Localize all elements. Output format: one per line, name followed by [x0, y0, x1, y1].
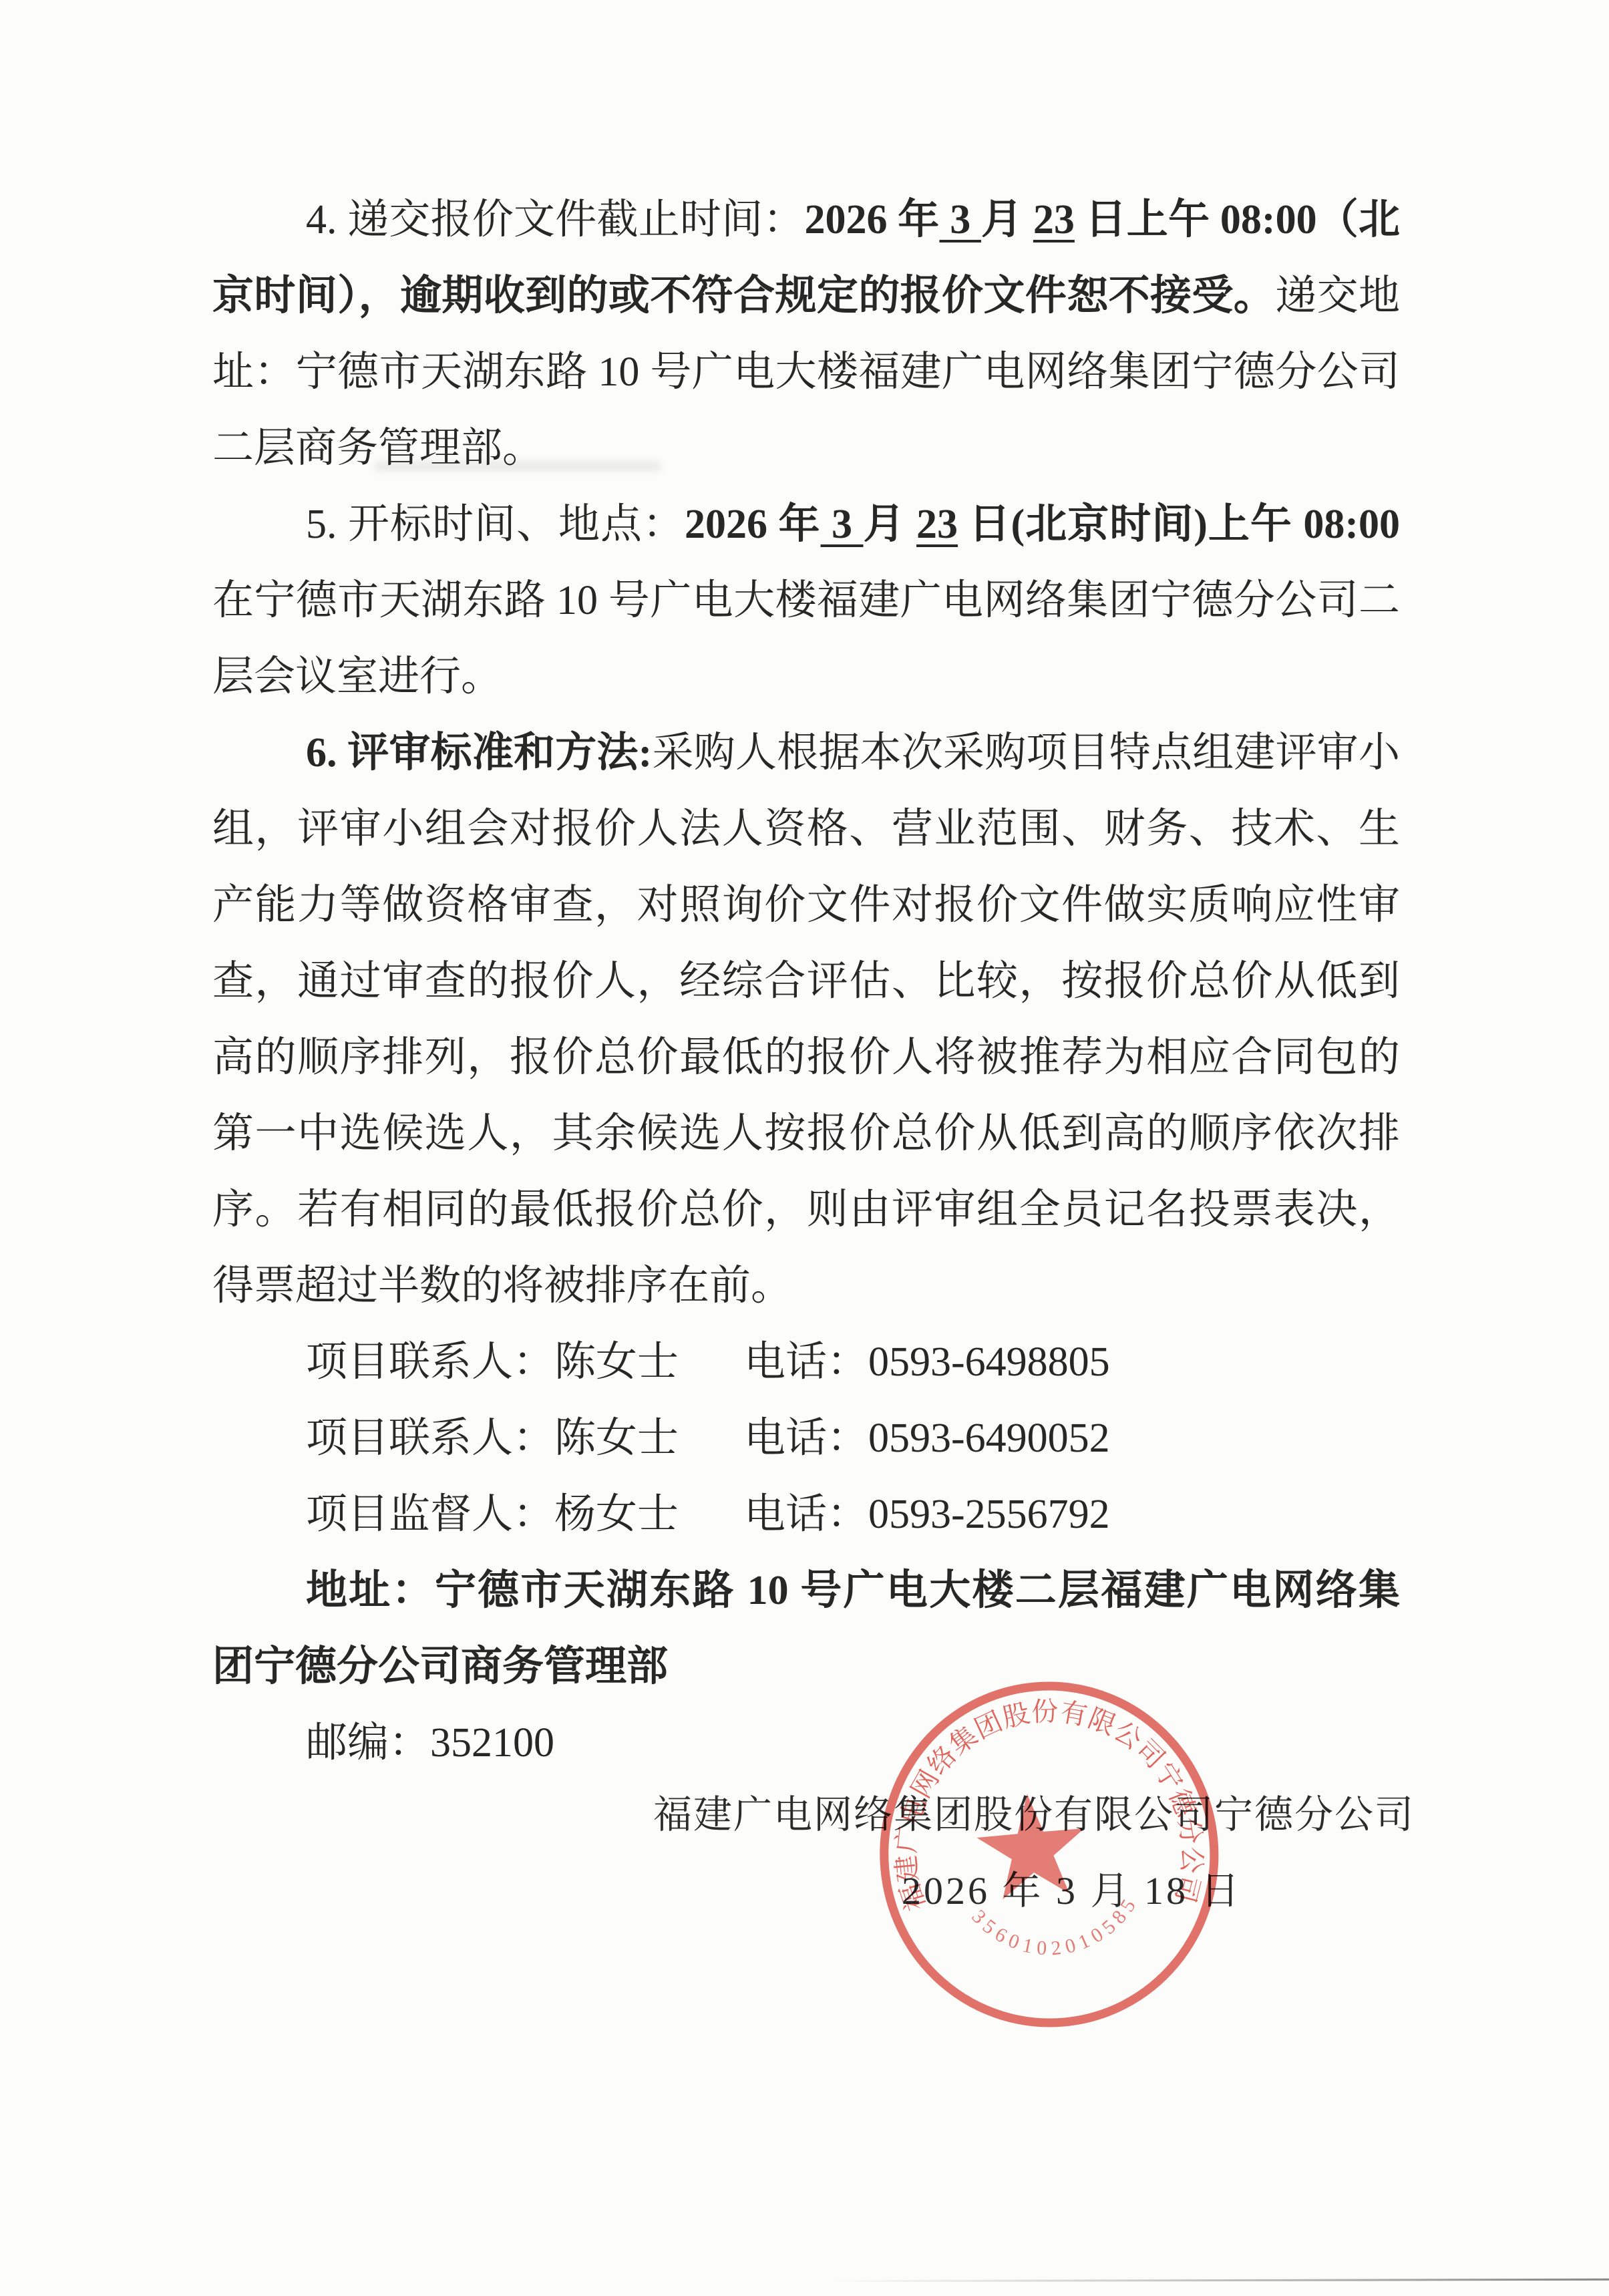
contact-phone: 电话：0593-2556792: [744, 1476, 1110, 1552]
paragraph-item-6: 6. 评审标准和方法:采购人根据本次采购项目特点组建评审小组，评审小组会对报价人…: [212, 715, 1400, 1324]
item6-label: 6. 评审标准和方法:: [306, 730, 652, 776]
item4-label: 4. 递交报价文件截止时间：: [306, 197, 805, 242]
seal-ring-text: 福建广电网络集团股份有限公司宁德分公司: [878, 1683, 1212, 1933]
paragraph-item-5: 5. 开标时间、地点：2026 年 3 月 23 日(北京时间)上午 08:00…: [212, 486, 1400, 715]
item5-month-char: 月: [864, 502, 917, 547]
document-body: 4. 递交报价文件截止时间：2026 年 3 月 23 日上午 08:00（北京…: [212, 182, 1400, 1781]
contact-phone: 电话：0593-6498805: [744, 1324, 1110, 1400]
item5-year: 2026 年: [685, 502, 821, 547]
address-paragraph: 地址：宁德市天湖东路 10 号广电大楼二层福建广电网络集团宁德分公司商务管理部: [212, 1552, 1400, 1705]
document-page: 4. 递交报价文件截止时间：2026 年 3 月 23 日上午 08:00（北京…: [0, 0, 1609, 2296]
item4-month-char: 月: [981, 197, 1033, 242]
item5-day-underlined: 23: [916, 502, 958, 547]
company-seal: 福建广电网络集团股份有限公司宁德分公司 3560102010585: [850, 1653, 1249, 2058]
item4-day-underlined: 23: [1033, 197, 1075, 242]
star-icon: [973, 1789, 1089, 1901]
scan-edge-line: [828, 2279, 1609, 2282]
item4-year: 2026 年: [805, 197, 940, 242]
item5-location: 在宁德市天湖东路 10 号广电大楼福建广电网络集团宁德分公司二层会议室进行。: [212, 578, 1400, 699]
contact-label: 项目联系人：陈女士: [306, 1400, 744, 1476]
item5-month-underlined: 3: [821, 502, 864, 547]
svg-text:福建广电网络集团股份有限公司宁德分公司: 福建广电网络集团股份有限公司宁德分公司: [878, 1683, 1212, 1933]
contact-row: 项目联系人：陈女士电话：0593-6490052: [212, 1400, 1400, 1476]
contact-row: 项目监督人：杨女士电话：0593-2556792: [212, 1476, 1400, 1552]
seal-serial: 3560102010585: [966, 1890, 1147, 1967]
contact-label: 项目联系人：陈女士: [306, 1324, 744, 1400]
item6-body: 采购人根据本次采购项目特点组建评审小组，评审小组会对报价人法人资格、营业范围、财…: [212, 730, 1400, 1309]
contact-phone: 电话：0593-6490052: [744, 1400, 1110, 1476]
item4-warning-bold: 逾期收到的或不符合规定的报价文件恕不接受。: [400, 273, 1275, 319]
contact-label: 项目监督人：杨女士: [306, 1476, 744, 1552]
item5-label: 5. 开标时间、地点：: [306, 502, 685, 547]
contact-row: 项目联系人：陈女士电话：0593-6498805: [212, 1324, 1400, 1400]
item5-time: 日(北京时间)上午 08:00: [958, 502, 1400, 547]
item4-month-underlined: 3: [939, 197, 980, 242]
paragraph-item-4: 4. 递交报价文件截止时间：2026 年 3 月 23 日上午 08:00（北京…: [212, 182, 1400, 486]
svg-text:3560102010585: 3560102010585: [966, 1890, 1147, 1967]
